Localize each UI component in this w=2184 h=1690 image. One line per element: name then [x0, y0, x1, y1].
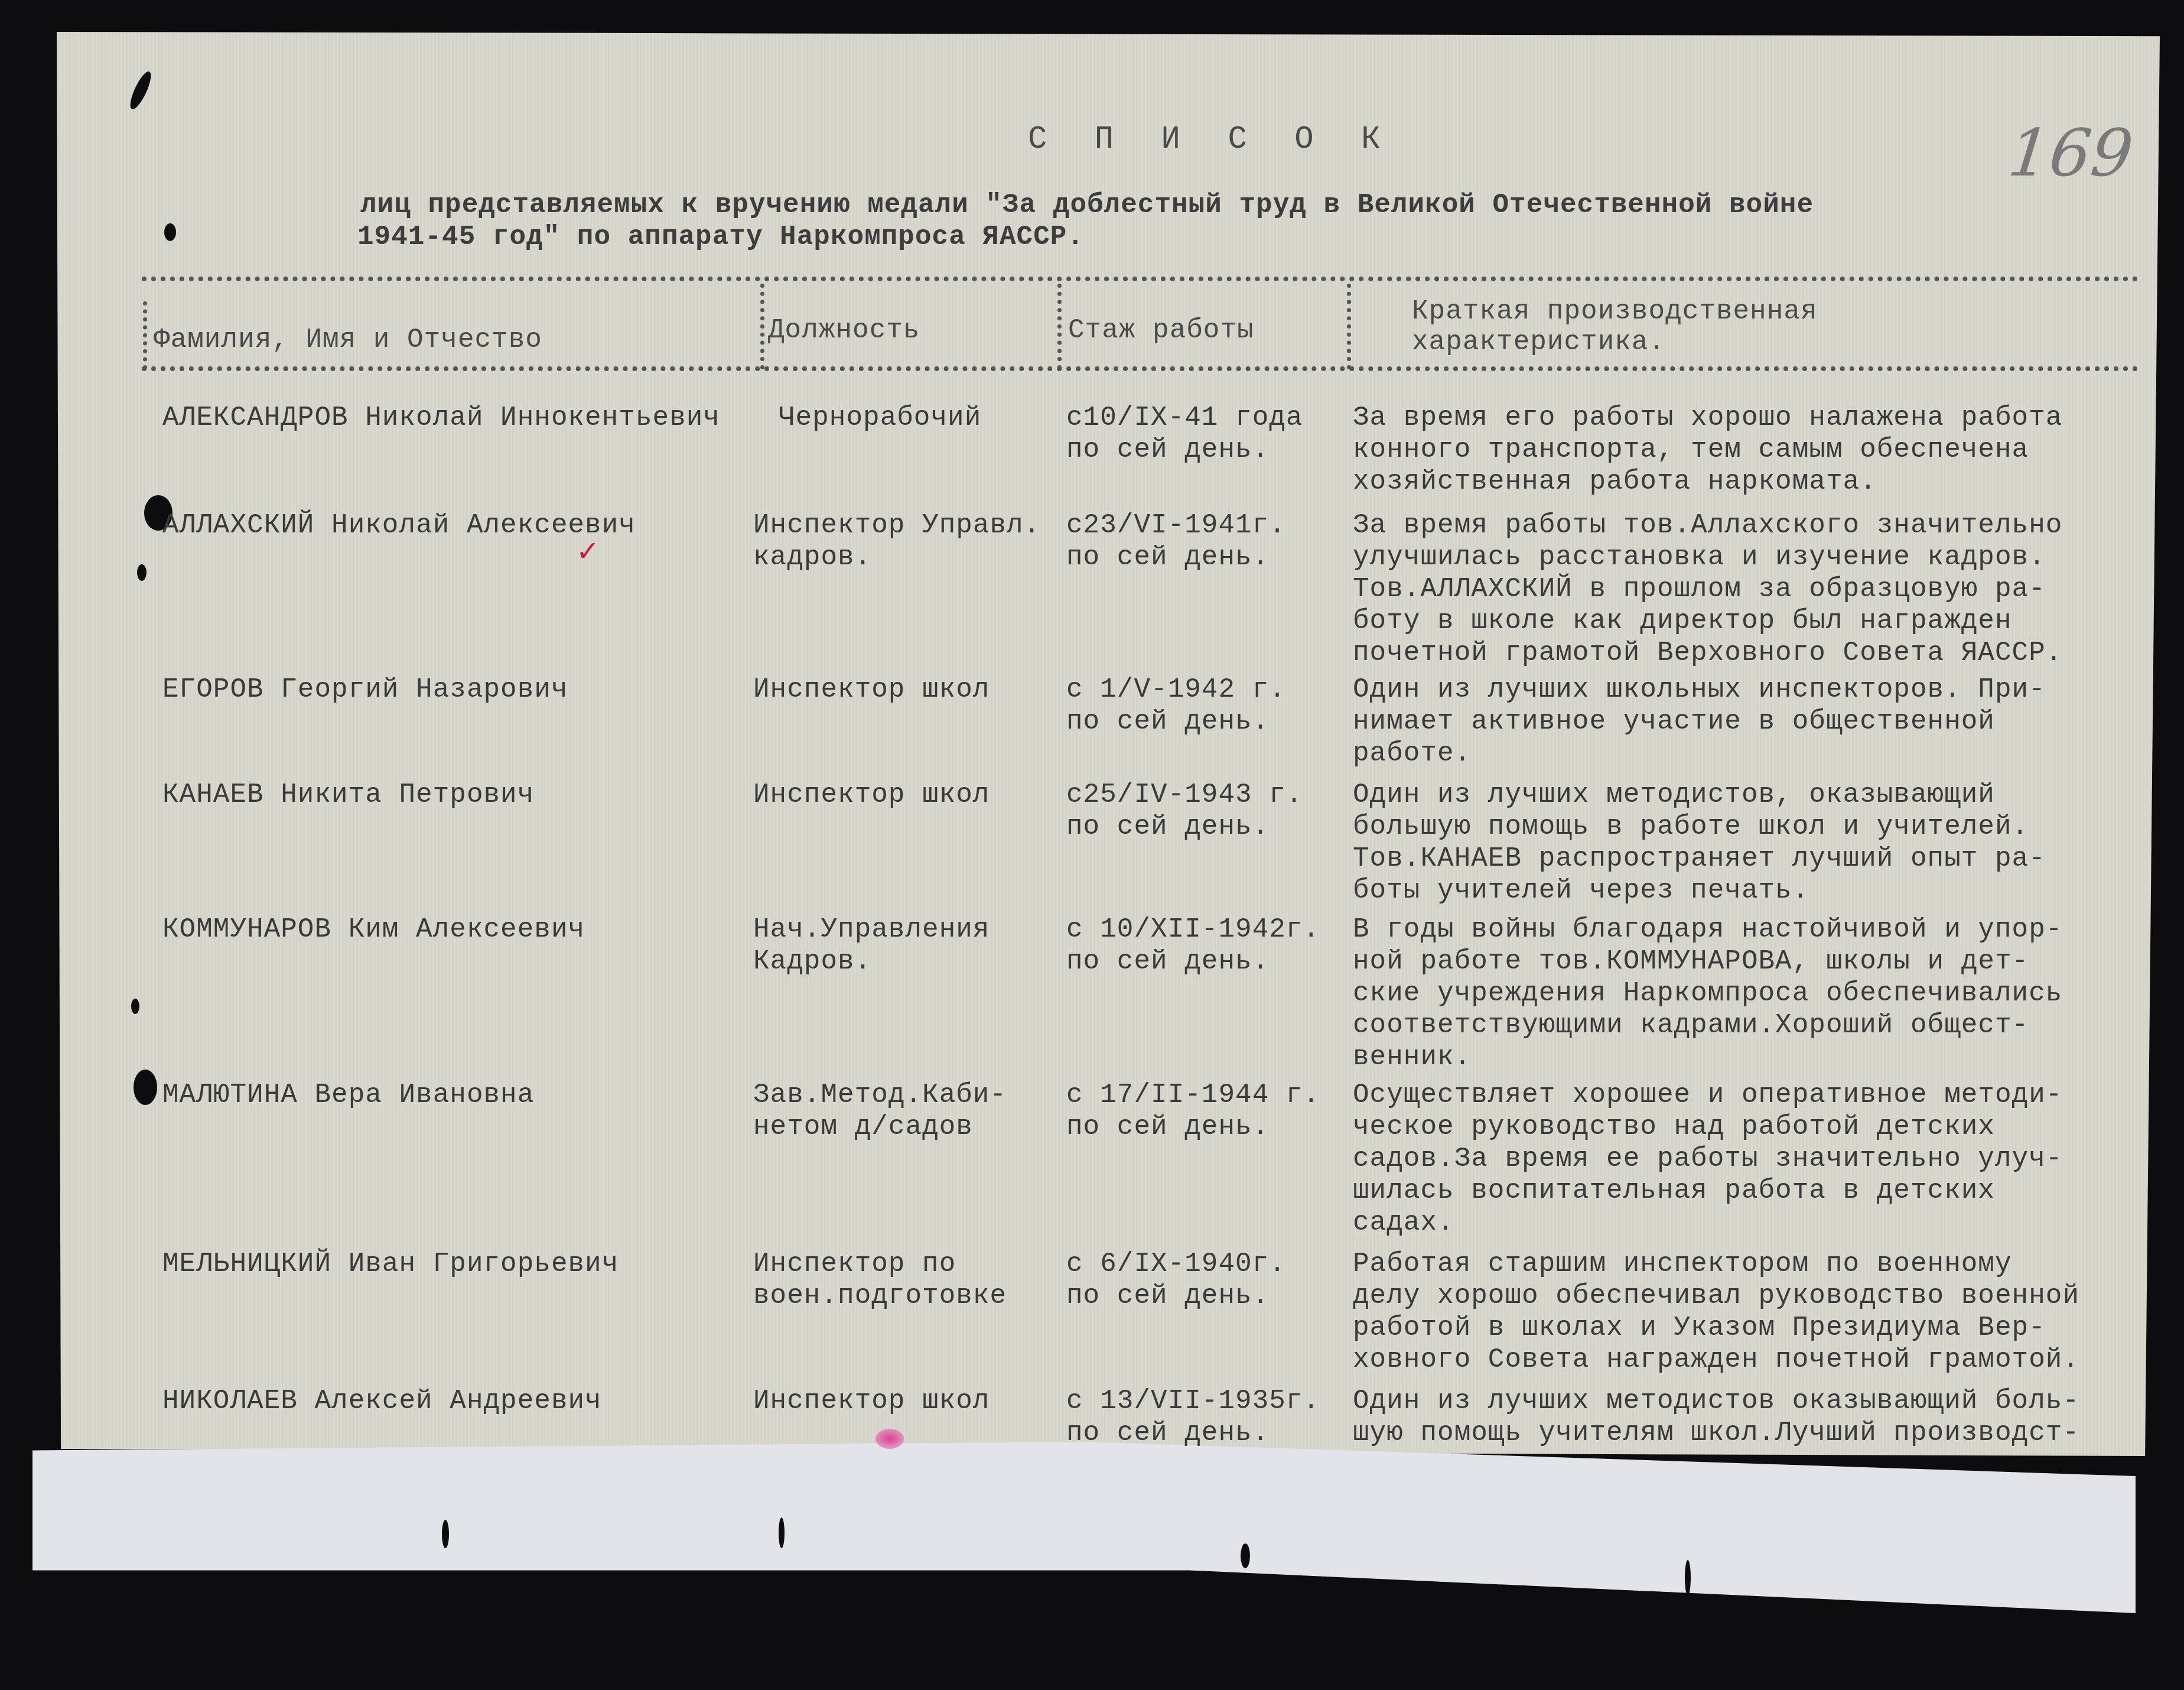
row-tenure: с 10/XII-1942г.	[1066, 914, 1320, 945]
row-name: МАЛЮТИНА Вера Ивановна	[162, 1079, 534, 1111]
row-tenure: по сей день.	[1066, 706, 1269, 737]
row-position: Инспектор школ	[753, 674, 990, 706]
row-name: МЕЛЬНИЦКИЙ Иван Григорьевич	[162, 1248, 619, 1280]
header-rule-bottom	[142, 366, 2139, 371]
row-tenure: по сей день.	[1066, 1111, 1269, 1143]
row-characteristic: соответствующими кадрами.Хороший общест-	[1353, 1009, 2029, 1041]
header-characteristic: характеристика.	[1412, 326, 1665, 358]
row-tenure: по сей день.	[1066, 541, 1269, 573]
row-position: Кадров.	[753, 945, 871, 977]
row-characteristic: шую помощь учителям школ.Лучший производ…	[1353, 1417, 2079, 1449]
row-tenure: по сей день.	[1066, 1417, 1269, 1449]
column-separator	[1057, 284, 1062, 369]
row-position: Инспектор школ	[753, 779, 990, 811]
row-characteristic: конного транспорта, тем самым обеспечена	[1353, 434, 2029, 466]
row-characteristic: ной работе тов.КОММУНАРОВА, школы и дет-	[1353, 945, 2029, 977]
row-tenure: с 6/IX-1940г.	[1066, 1248, 1286, 1280]
row-tenure: по сей день.	[1066, 811, 1269, 843]
row-position: воен.подготовке	[753, 1280, 1007, 1312]
row-characteristic: ские учреждения Наркомпроса обеспечивали…	[1353, 977, 2062, 1009]
row-name: КАНАЕВ Никита Петрович	[162, 779, 534, 811]
row-name: ЕГОРОВ Георгий Назарович	[162, 674, 568, 706]
row-characteristic: работой в школах и Указом Президиума Вер…	[1353, 1312, 2046, 1344]
row-characteristic: Тов.КАНАЕВ распространяет лучший опыт ра…	[1353, 843, 2046, 875]
row-tenure: с 1/V-1942 г.	[1066, 674, 1286, 706]
row-characteristic: садах.	[1353, 1207, 1454, 1239]
document-title: С П И С О К	[1028, 124, 1394, 156]
row-name: АЛЕКСАНДРОВ Николай Иннокентьевич	[162, 402, 720, 434]
header-tenure: Стаж работы	[1068, 314, 1254, 346]
row-characteristic: хозяйственная работа наркомата.	[1353, 466, 1877, 498]
row-characteristic: нимает активное участие в общественной	[1353, 706, 1995, 737]
row-characteristic: За время работы тов.Аллахского значитель…	[1353, 509, 2062, 541]
row-tenure: по сей день.	[1066, 1280, 1269, 1312]
row-characteristic: За время его работы хорошо налажена рабо…	[1353, 402, 2062, 434]
row-tenure: с 17/II-1944 г.	[1066, 1079, 1320, 1111]
binding-hole	[1685, 1560, 1691, 1595]
row-characteristic: делу хорошо обеспечивал руководство воен…	[1353, 1280, 2079, 1312]
row-characteristic: В годы войны благодаря настойчивой и упо…	[1353, 914, 2062, 945]
row-characteristic: венник.	[1353, 1041, 1471, 1073]
row-characteristic: боты учителей через печать.	[1353, 875, 1809, 906]
document-subtitle-line-1: лиц представляемых к вручению медали "За…	[360, 189, 1814, 221]
row-characteristic: улучшилась расстановка и изучение кадров…	[1353, 541, 2046, 573]
column-separator	[760, 284, 764, 369]
row-position: кадров.	[753, 541, 871, 573]
binding-hole	[442, 1520, 449, 1548]
row-position: нетом д/садов	[753, 1111, 973, 1143]
row-tenure: по сей день.	[1066, 434, 1269, 466]
binding-hole	[134, 1070, 157, 1105]
row-characteristic: большую помощь в работе школ и учителей.	[1353, 811, 2029, 843]
header-rule-top	[142, 277, 2139, 281]
binding-hole	[779, 1517, 785, 1548]
row-tenure: с25/IV-1943 г.	[1066, 779, 1303, 811]
header-name: Фамилия, Имя и Отчество	[154, 324, 542, 356]
red-check-mark-icon: ✓	[576, 535, 600, 568]
row-position: Инспектор Управл.	[753, 509, 1040, 541]
row-tenure: с23/VI-1941г.	[1066, 509, 1286, 541]
row-characteristic: работе.	[1353, 737, 1471, 769]
row-tenure: с10/IX-41 года	[1066, 402, 1303, 434]
row-characteristic: Один из лучших методистов оказывающий бо…	[1353, 1385, 2079, 1417]
binding-hole	[164, 223, 176, 241]
row-characteristic: Тов.АЛЛАХСКИЙ в прошлом за образцовую ра…	[1353, 573, 2046, 605]
row-position: Зав.Метод.Каби-	[753, 1079, 1007, 1111]
row-characteristic: почетной грамотой Верховного Совета ЯАСС…	[1353, 637, 2062, 669]
row-name: КОММУНАРОВ Ким Алексеевич	[162, 914, 585, 945]
row-position: Чернорабочий	[779, 402, 981, 434]
row-tenure: по сей день.	[1066, 945, 1269, 977]
row-position: Инспектор по	[753, 1248, 956, 1280]
row-position: Нач.Управления	[753, 914, 990, 945]
row-characteristic: Работая старшим инспектором по военному	[1353, 1248, 2012, 1280]
row-characteristic: ховного Совета награжден почетной грамот…	[1353, 1344, 2079, 1376]
row-name: АЛЛАХСКИЙ Николай Алексеевич	[162, 509, 636, 541]
row-characteristic: Осуществляет хорошее и оперативное метод…	[1353, 1079, 2062, 1111]
row-characteristic: шилась воспитательная работа в детских	[1353, 1175, 1995, 1207]
pink-ink-mark-icon	[875, 1429, 904, 1449]
header-position: Должность	[768, 314, 920, 346]
column-separator	[1347, 284, 1351, 369]
header-characteristic: Краткая производственная	[1412, 295, 1818, 327]
folio-number: 169	[2004, 115, 2136, 191]
row-name: НИКОЛАЕВ Алексей Андреевич	[162, 1385, 602, 1417]
backing-sheet	[32, 1442, 2136, 1613]
row-characteristic: садов.За время ее работы значительно улу…	[1353, 1143, 2062, 1175]
column-separator	[143, 301, 147, 369]
binding-hole	[131, 999, 139, 1014]
row-position: Инспектор школ	[753, 1385, 990, 1417]
row-characteristic: ческое руководство над работой детских	[1353, 1111, 1995, 1143]
binding-hole	[1241, 1543, 1250, 1568]
document-subtitle-line-2: 1941-45 год" по аппарату Наркомпроса ЯАС…	[357, 221, 1084, 253]
binding-hole	[137, 564, 147, 581]
row-characteristic: Один из лучших методистов, оказывающий	[1353, 779, 1995, 811]
row-characteristic: Один из лучших школьных инспекторов. При…	[1353, 674, 2046, 706]
row-characteristic: боту в школе как директор был награжден	[1353, 605, 2012, 637]
row-tenure: с 13/VII-1935г.	[1066, 1385, 1320, 1417]
